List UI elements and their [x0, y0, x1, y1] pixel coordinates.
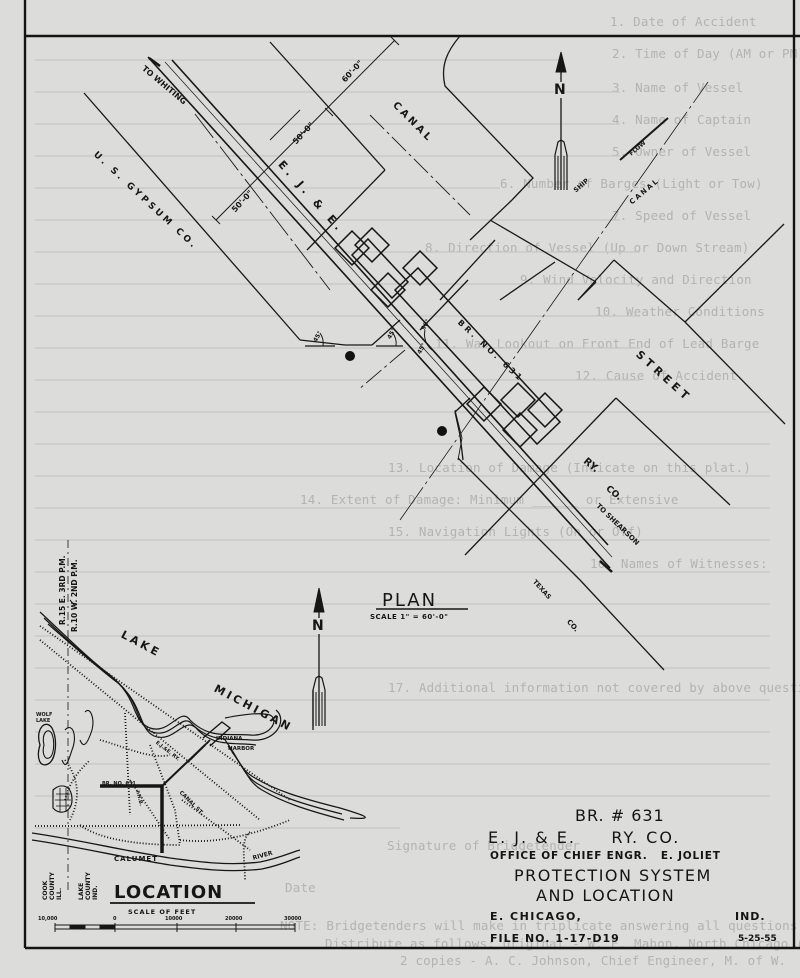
wolf-lake-label: WOLF LAKE [36, 712, 56, 724]
north-arrow-plan-top [555, 52, 567, 190]
railway-tracks [148, 57, 612, 572]
north-arrow-plan-bottom [313, 588, 325, 726]
lake-county-label: LAKE COUNTY IND. [78, 890, 99, 900]
indiana-label: INDIANA [216, 736, 242, 742]
north-label-bottom: N [312, 618, 324, 634]
title-bridge-number: BR. # 631 [575, 806, 665, 825]
location-title: LOCATION [114, 882, 223, 903]
plan-scale: SCALE 1" = 60'-0" [370, 613, 448, 621]
title-office: OFFICE OF CHIEF ENGR. E. JOLIET [490, 850, 721, 862]
bridge-structure [335, 228, 562, 460]
drawing-sheet: 1. Date of Accident 2. Time of Day (AM o… [0, 0, 800, 978]
location-scale-label: SCALE OF FEET [128, 908, 196, 916]
location-map-linework [32, 540, 365, 890]
marker-dot-2 [437, 426, 447, 436]
scale-tick-2: 0 [113, 916, 116, 922]
title-city: E. CHICAGO, [490, 910, 582, 923]
scale-tick-5: 30000 [284, 916, 301, 922]
title-and-location: AND LOCATION [536, 886, 675, 905]
harbor-label: HARBOR [228, 746, 254, 752]
calumet-label: CALUMET [114, 855, 158, 863]
scale-tick-1: 10,000 [38, 916, 57, 922]
cook-county-label: COOK COUNTY ILL. [42, 890, 63, 900]
bridge-631-location-label: BR. NO. 631 [102, 781, 136, 787]
title-date: 5-25-55 [738, 934, 777, 944]
plan-title: PLAN [382, 590, 437, 611]
range-2-label: R.10 W. 2ND P.M. [70, 559, 79, 632]
scale-tick-4: 20000 [225, 916, 242, 922]
title-railway: E. J. & E. RY. CO. [488, 828, 680, 847]
title-file-number: FILE NO. 1-17-D19 [490, 932, 620, 945]
range-1-label: R.15 E. 3RD P.M. [58, 555, 67, 625]
scale-tick-3: 10000 [165, 916, 182, 922]
ruled-lines [35, 60, 770, 828]
marker-dot-1 [345, 351, 355, 361]
title-state: IND. [735, 910, 766, 923]
north-label-top: N [554, 82, 566, 98]
angle-arcs [320, 330, 432, 350]
title-protection-system: PROTECTION SYSTEM [514, 866, 712, 885]
